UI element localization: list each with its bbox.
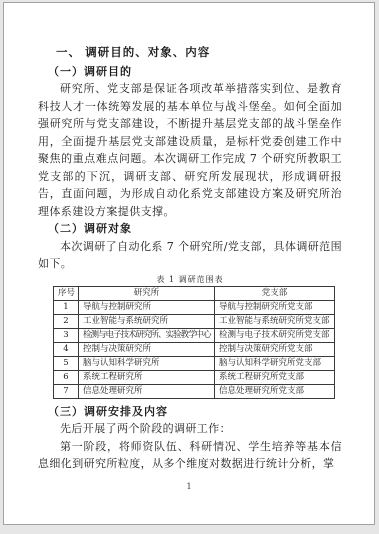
cell-branch: 系统工程研究所党支部 [215,370,335,384]
col-header-branch: 党支部 [215,286,335,300]
table-row: 1 导航与控制研究所 导航与控制研究所党支部 [54,300,335,314]
cell-institute: 导航与控制研究所 [79,300,215,314]
table-row: 7 信息处理研究所 信息处理研究所党支部 [54,384,335,398]
cell-seq: 7 [54,384,79,398]
document-page: 一、 调研目的、对象、内容 （一）调研目的 研究所、党支部是保证各项改革举措落实… [3,2,375,525]
table-row: 2 工业智能与系统研究所 工业智能与系统研究所党支部 [54,314,335,328]
table-row: 5 脑与认知科学研究所 脑与认知科学研究所党支部 [54,356,335,370]
scope-table: 序号 研究所 党支部 1 导航与控制研究所 导航与控制研究所党支部 2 工业智能… [53,286,335,399]
cell-institute: 工业智能与系统研究所 [79,314,215,328]
table-row: 4 控制与决策研究所 控制与决策研究所党支部 [54,342,335,356]
subsection-heading-objects: （二）调研对象 [38,220,342,238]
cell-seq: 2 [54,314,79,328]
cell-branch: 工业智能与系统研究所党支部 [215,314,335,328]
table-row: 3 检测与电子技术研究所、实验教学中心 检测与电子技术研究所党支部 [54,328,335,342]
subsection-heading-purpose: （一）调研目的 [38,63,342,81]
paragraph-objects: 本次调研了自动化系 7 个研究所/党支部，具体调研范围如下。 [38,238,342,273]
cell-branch: 导航与控制研究所党支部 [215,300,335,314]
subsection-heading-arrangement: （三）调研安排及内容 [38,403,342,421]
table-header-row: 序号 研究所 党支部 [54,286,335,300]
cell-institute: 信息处理研究所 [79,384,215,398]
section-heading: 一、 调研目的、对象、内容 [38,45,342,63]
page-content: 一、 调研目的、对象、内容 （一）调研目的 研究所、党支部是保证各项改革举措落实… [38,45,342,473]
cell-branch: 控制与决策研究所党支部 [215,342,335,356]
cell-institute: 检测与电子技术研究所、实验教学中心 [79,328,215,342]
table-caption: 表 1 调研范围表 [38,274,342,286]
paragraph-stages-intro: 先后开展了两个阶段的调研工作： [38,420,342,438]
cell-seq: 3 [54,328,79,342]
cell-branch: 脑与认知科学研究所党支部 [215,356,335,370]
cell-institute: 控制与决策研究所 [79,342,215,356]
col-header-seq: 序号 [54,286,79,300]
cell-seq: 5 [54,356,79,370]
cell-branch: 信息处理研究所党支部 [215,384,335,398]
cell-seq: 4 [54,342,79,356]
col-header-institute: 研究所 [79,286,215,300]
cell-branch: 检测与电子技术研究所党支部 [215,328,335,342]
cell-institute: 脑与认知科学研究所 [79,356,215,370]
paragraph-stage-one: 第一阶段，将师资队伍、科研情况、学生培养等基本信息细化到研究所粒度，从多个维度对… [38,438,342,473]
table-row: 6 系统工程研究所 系统工程研究所党支部 [54,370,335,384]
cell-seq: 1 [54,300,79,314]
cell-institute: 系统工程研究所 [79,370,215,384]
paragraph-purpose: 研究所、党支部是保证各项改革举措落实到位、是教育科技人才一体统筹发展的基本单位与… [38,80,342,220]
page-number: 1 [4,482,374,491]
cell-seq: 6 [54,370,79,384]
